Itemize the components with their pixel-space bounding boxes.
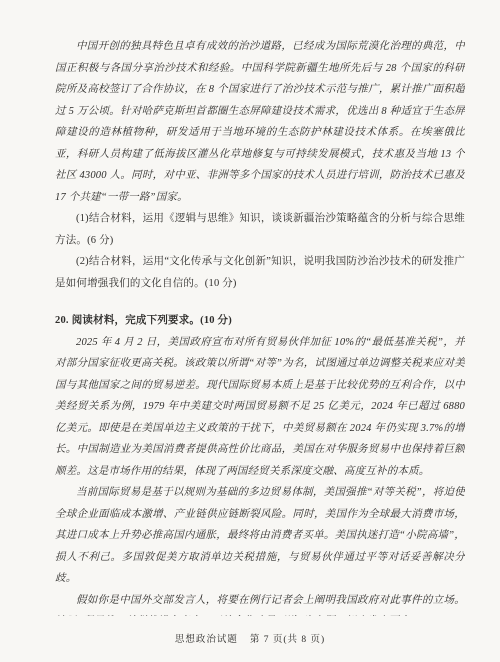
q19-subquestion-2: (2)结合材料，运用“文化传承与文化创新”知识，说明我国防沙治沙技术的研发推广是…	[55, 251, 465, 294]
q19-material-paragraph: 中国开创的独具特色且卓有成效的治沙道路，已经成为国际荒漠化治理的典范，中国正积极…	[55, 36, 465, 208]
exam-page: 中国开创的独具特色且卓有成效的治沙道路，已经成为国际荒漠化治理的典范，中国正积极…	[0, 0, 500, 662]
page-footer: 思想政治试题第 7 页(共 8 页)	[0, 631, 500, 645]
footer-page-number: 第 7 页(共 8 页)	[250, 635, 325, 645]
q20-task-paragraph: 假如你是中国外交部发言人，将要在例行记者会上阐明我国政府对此事件的立场。请以“贸…	[55, 590, 465, 617]
q19-subquestion-1: (1)结合材料，运用《逻辑与思维》知识，谈谈新疆治沙策略蕴含的分析与综合思维方法…	[55, 208, 465, 251]
q20-material-paragraph-1: 2025 年 4 月 2 日，美国政府宣布对所有贸易伙伴加征 10%的“最低基准…	[55, 332, 465, 483]
page-content: 中国开创的独具特色且卓有成效的治沙道路，已经成为国际荒漠化治理的典范，中国正积极…	[55, 36, 465, 616]
q20-question-number: 20.	[55, 315, 69, 326]
q20-stem: 阅读材料，完成下列要求。(10 分)	[72, 315, 232, 326]
q20-header: 20.阅读材料，完成下列要求。(10 分)	[55, 310, 465, 332]
q20-material-paragraph-2: 当前国际贸易是基于以规则为基础的多边贸易体制，美国强推“对等关税”，将迫使全球企…	[55, 482, 465, 590]
footer-doc-title: 思想政治试题	[175, 635, 238, 645]
